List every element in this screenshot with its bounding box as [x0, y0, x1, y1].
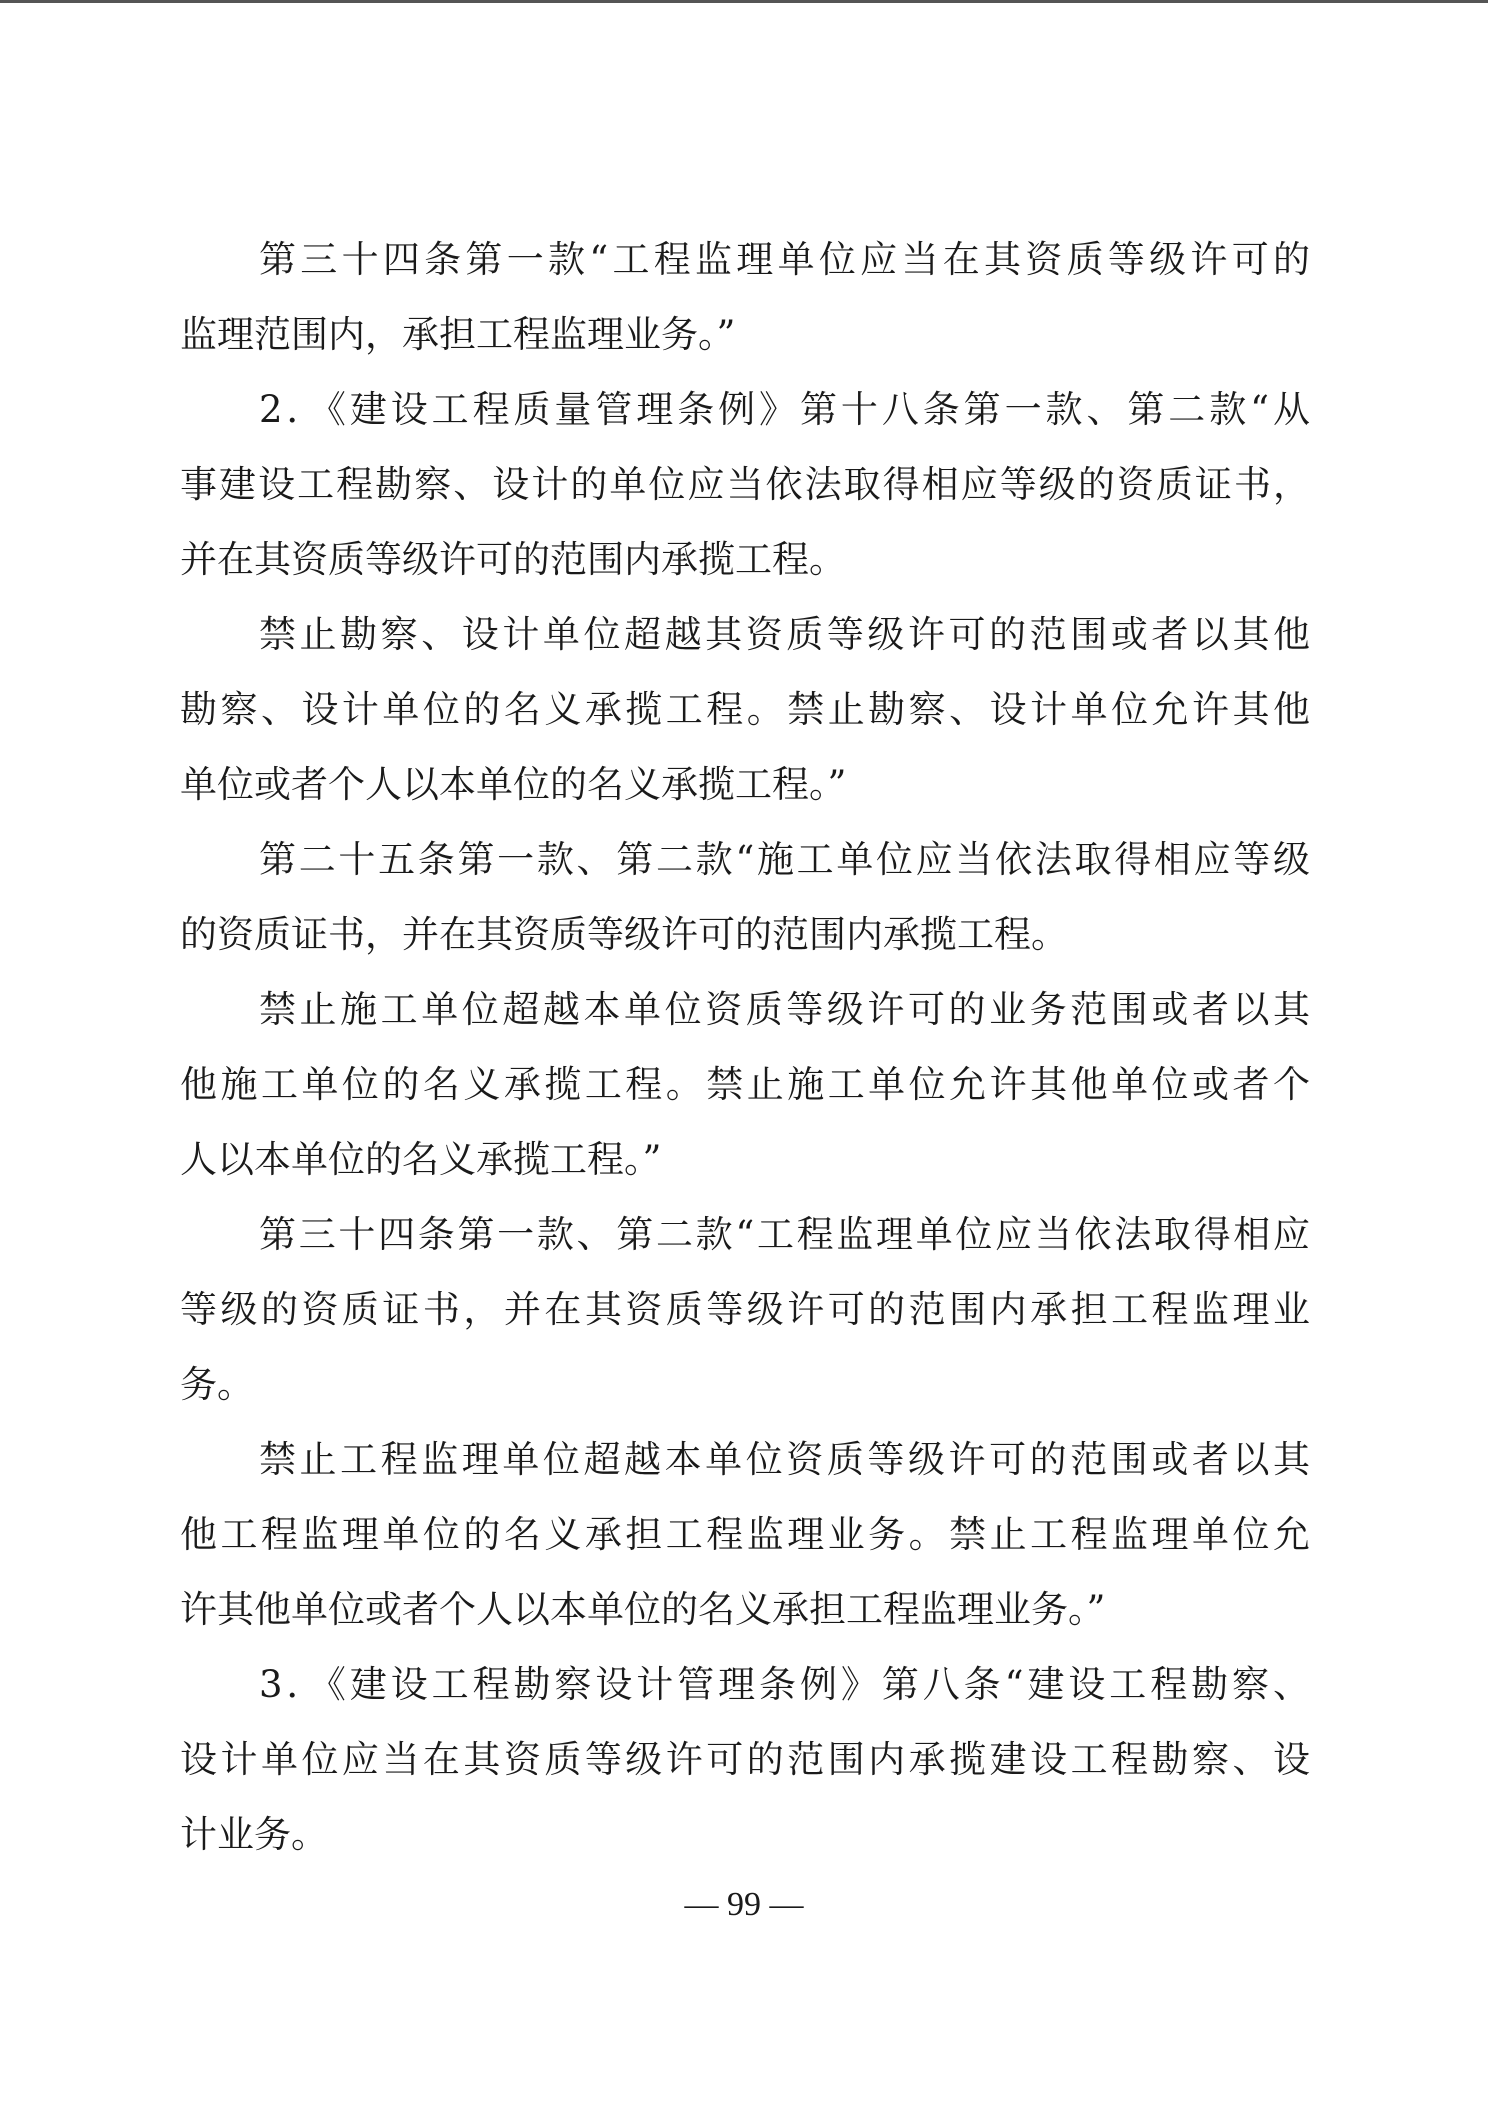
text-line: 禁止勘察、设计单位超越其资质等级许可的范围或者以其他 — [259, 605, 1310, 665]
text-line: 第二十五条第一款、第二款“施工单位应当依法取得相应等级 — [259, 830, 1310, 890]
text-line: 第三十四条第一款、第二款“工程监理单位应当依法取得相应 — [259, 1205, 1310, 1265]
page-number: — 99 — — [0, 1883, 1488, 1927]
text-line: 计业务。 — [180, 1805, 1310, 1865]
text-line: 他工程监理单位的名义承担工程监理业务。禁止工程监理单位允 — [180, 1505, 1310, 1565]
text-line: 务。 — [180, 1355, 1310, 1415]
top-border-rule — [0, 0, 1488, 3]
text-line: 第三十四条第一款“工程监理单位应当在其资质等级许可的 — [259, 230, 1310, 290]
text-line: 许其他单位或者个人以本单位的名义承担工程监理业务。” — [180, 1580, 1310, 1640]
text-line: 事建设工程勘察、设计的单位应当依法取得相应等级的资质证书， — [180, 455, 1310, 515]
text-line: 3．《建设工程勘察设计管理条例》第八条“建设工程勘察、 — [259, 1655, 1310, 1715]
text-line: 设计单位应当在其资质等级许可的范围内承揽建设工程勘察、设 — [180, 1730, 1310, 1790]
text-line: 2．《建设工程质量管理条例》第十八条第一款、第二款“从 — [259, 380, 1310, 440]
text-line: 监理范围内，承担工程监理业务。” — [180, 305, 1310, 365]
text-line: 禁止施工单位超越本单位资质等级许可的业务范围或者以其 — [259, 980, 1310, 1040]
text-line: 的资质证书，并在其资质等级许可的范围内承揽工程。 — [180, 905, 1310, 965]
text-line: 单位或者个人以本单位的名义承揽工程。” — [180, 755, 1310, 815]
text-line: 人以本单位的名义承揽工程。” — [180, 1130, 1310, 1190]
text-line: 并在其资质等级许可的范围内承揽工程。 — [180, 530, 1310, 590]
text-line: 等级的资质证书，并在其资质等级许可的范围内承担工程监理业 — [180, 1280, 1310, 1340]
text-line: 他施工单位的名义承揽工程。禁止施工单位允许其他单位或者个 — [180, 1055, 1310, 1115]
text-line: 勘察、设计单位的名义承揽工程。禁止勘察、设计单位允许其他 — [180, 680, 1310, 740]
text-line: 禁止工程监理单位超越本单位资质等级许可的范围或者以其 — [259, 1430, 1310, 1490]
